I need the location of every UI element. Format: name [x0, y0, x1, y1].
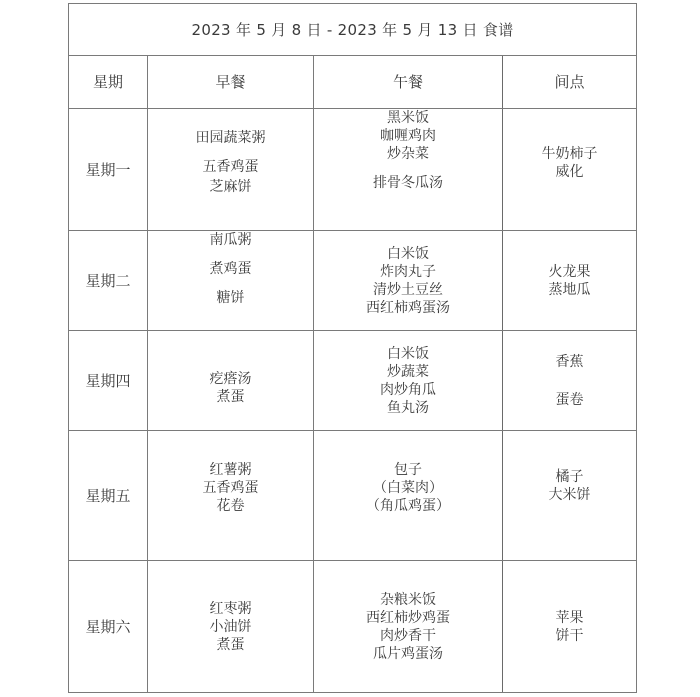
menu-item: 白米饭: [314, 345, 502, 363]
header-day: 星期: [69, 56, 148, 109]
header-breakfast: 早餐: [148, 56, 314, 109]
breakfast-cell: 南瓜粥 煮鸡蛋 糖饼: [148, 231, 314, 331]
snack-cell: 牛奶柿子 威化: [503, 109, 637, 231]
menu-item: 芝麻饼: [148, 178, 313, 196]
menu-item: 田园蔬菜粥: [148, 129, 313, 147]
menu-item: （白菜肉）: [314, 479, 502, 497]
breakfast-cell: 田园蔬菜粥 五香鸡蛋 芝麻饼: [148, 109, 314, 231]
menu-item: 排骨冬瓜汤: [314, 174, 502, 192]
menu-item: 南瓜粥: [148, 231, 313, 249]
table-row: 星期六 红枣粥 小油饼 煮蛋 杂粮米饭 西红柿炒鸡蛋 肉炒香干 瓜片鸡蛋汤 苹果…: [69, 561, 637, 693]
menu-item: 炒杂菜: [314, 145, 502, 163]
snack-cell: 火龙果 蒸地瓜: [503, 231, 637, 331]
table-row: 星期五 红薯粥 五香鸡蛋 花卷 包子 （白菜肉） （角瓜鸡蛋） 橘子 大米饼: [69, 431, 637, 561]
menu-item: 花卷: [148, 497, 313, 515]
day-cell: 星期五: [69, 431, 148, 561]
menu-item: 小油饼: [148, 618, 313, 636]
day-cell: 星期一: [69, 109, 148, 231]
menu-item: 瓜片鸡蛋汤: [314, 645, 502, 663]
menu-table: 2023 年 5 月 8 日 - 2023 年 5 月 13 日 食谱 星期 早…: [68, 3, 637, 693]
lunch-cell: 包子 （白菜肉） （角瓜鸡蛋）: [314, 431, 503, 561]
menu-item: 红薯粥: [148, 461, 313, 479]
menu-item: 红枣粥: [148, 600, 313, 618]
menu-item: 橘子: [503, 468, 636, 486]
day-cell: 星期六: [69, 561, 148, 693]
menu-item: 火龙果: [503, 263, 636, 281]
lunch-cell: 白米饭 炸肉丸子 清炒土豆丝 西红柿鸡蛋汤: [314, 231, 503, 331]
menu-item: 炒蔬菜: [314, 363, 502, 381]
lunch-cell: 杂粮米饭 西红柿炒鸡蛋 肉炒香干 瓜片鸡蛋汤: [314, 561, 503, 693]
table-row: 星期一 田园蔬菜粥 五香鸡蛋 芝麻饼 黑米饭 咖喱鸡肉 炒杂菜 排骨冬瓜汤 牛奶…: [69, 109, 637, 231]
menu-item: 杂粮米饭: [314, 591, 502, 609]
lunch-cell: 白米饭 炒蔬菜 肉炒角瓜 鱼丸汤: [314, 331, 503, 431]
menu-item: 香蕉: [503, 353, 636, 371]
menu-item: 五香鸡蛋: [148, 158, 313, 176]
header-snack: 间点: [503, 56, 637, 109]
breakfast-cell: 疙瘩汤 煮蛋: [148, 331, 314, 431]
snack-cell: 香蕉 蛋卷: [503, 331, 637, 431]
table-row: 星期二 南瓜粥 煮鸡蛋 糖饼 白米饭 炸肉丸子 清炒土豆丝 西红柿鸡蛋汤 火龙果…: [69, 231, 637, 331]
menu-item: 牛奶柿子: [503, 145, 636, 163]
menu-item: 煮鸡蛋: [148, 260, 313, 278]
day-cell: 星期四: [69, 331, 148, 431]
menu-item: 白米饭: [314, 245, 502, 263]
snack-cell: 苹果 饼干: [503, 561, 637, 693]
menu-item: 鱼丸汤: [314, 399, 502, 417]
menu-item: 咖喱鸡肉: [314, 127, 502, 145]
breakfast-cell: 红枣粥 小油饼 煮蛋: [148, 561, 314, 693]
menu-item: 清炒土豆丝: [314, 281, 502, 299]
lunch-cell: 黑米饭 咖喱鸡肉 炒杂菜 排骨冬瓜汤: [314, 109, 503, 231]
menu-item: 煮蛋: [148, 636, 313, 654]
document-title: 2023 年 5 月 8 日 - 2023 年 5 月 13 日 食谱: [69, 4, 637, 56]
menu-item: 五香鸡蛋: [148, 479, 313, 497]
menu-item: 疙瘩汤: [148, 370, 313, 388]
menu-item: 肉炒香干: [314, 627, 502, 645]
menu-item: 威化: [503, 163, 636, 181]
menu-item: 饼干: [503, 627, 636, 645]
header-lunch: 午餐: [314, 56, 503, 109]
menu-item: 苹果: [503, 609, 636, 627]
menu-item: （角瓜鸡蛋）: [314, 497, 502, 515]
breakfast-cell: 红薯粥 五香鸡蛋 花卷: [148, 431, 314, 561]
table-row: 星期四 疙瘩汤 煮蛋 白米饭 炒蔬菜 肉炒角瓜 鱼丸汤 香蕉 蛋卷: [69, 331, 637, 431]
menu-item: 蛋卷: [503, 391, 636, 409]
menu-item: 大米饼: [503, 486, 636, 504]
menu-item: 西红柿鸡蛋汤: [314, 299, 502, 317]
menu-item: 煮蛋: [148, 388, 313, 406]
menu-item: 西红柿炒鸡蛋: [314, 609, 502, 627]
menu-item: 黑米饭: [314, 109, 502, 127]
menu-item: 包子: [314, 461, 502, 479]
header-row: 星期 早餐 午餐 间点: [69, 56, 637, 109]
menu-item: 肉炒角瓜: [314, 381, 502, 399]
menu-item: 蒸地瓜: [503, 281, 636, 299]
menu-item: 糖饼: [148, 289, 313, 307]
menu-item: 炸肉丸子: [314, 263, 502, 281]
snack-cell: 橘子 大米饼: [503, 431, 637, 561]
title-row: 2023 年 5 月 8 日 - 2023 年 5 月 13 日 食谱: [69, 4, 637, 56]
day-cell: 星期二: [69, 231, 148, 331]
